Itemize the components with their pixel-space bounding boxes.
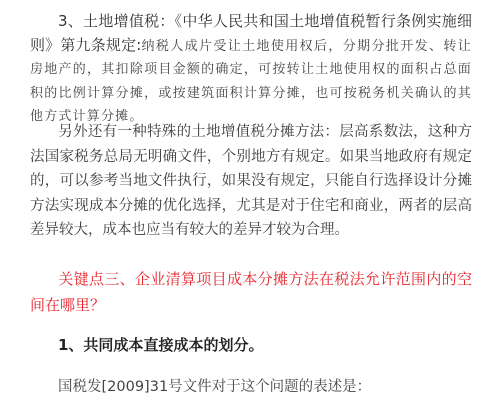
paragraph-guoshuifa-intro: 国税发[2009]31号文件对于这个问题的表述是：: [58, 376, 472, 399]
floor-height-method-text: 另外还有一种特殊的土地增值税分摊方法：层高系数法，这种方法国家税务总局无明确文件…: [30, 124, 472, 238]
paragraph-key-point-three: 关键点三、企业清算项目成本分摊方法在税法允许范围内的空间在哪里？: [30, 266, 472, 318]
subheading-cost-division: 1、共同成本直接成本的划分。: [58, 334, 472, 357]
paragraph-land-vat-rule: 3、土地增值税：《中华人民共和国土地增值税暂行条例实施细则》第九条规定:纳税人成…: [30, 10, 472, 129]
paragraph-floor-height-method: 另外还有一种特殊的土地增值税分摊方法：层高系数法，这种方法国家税务总局无明确文件…: [30, 120, 472, 243]
key-point-three-text: 关键点三、企业清算项目成本分摊方法在税法允许范围内的空间在哪里？: [30, 270, 472, 314]
